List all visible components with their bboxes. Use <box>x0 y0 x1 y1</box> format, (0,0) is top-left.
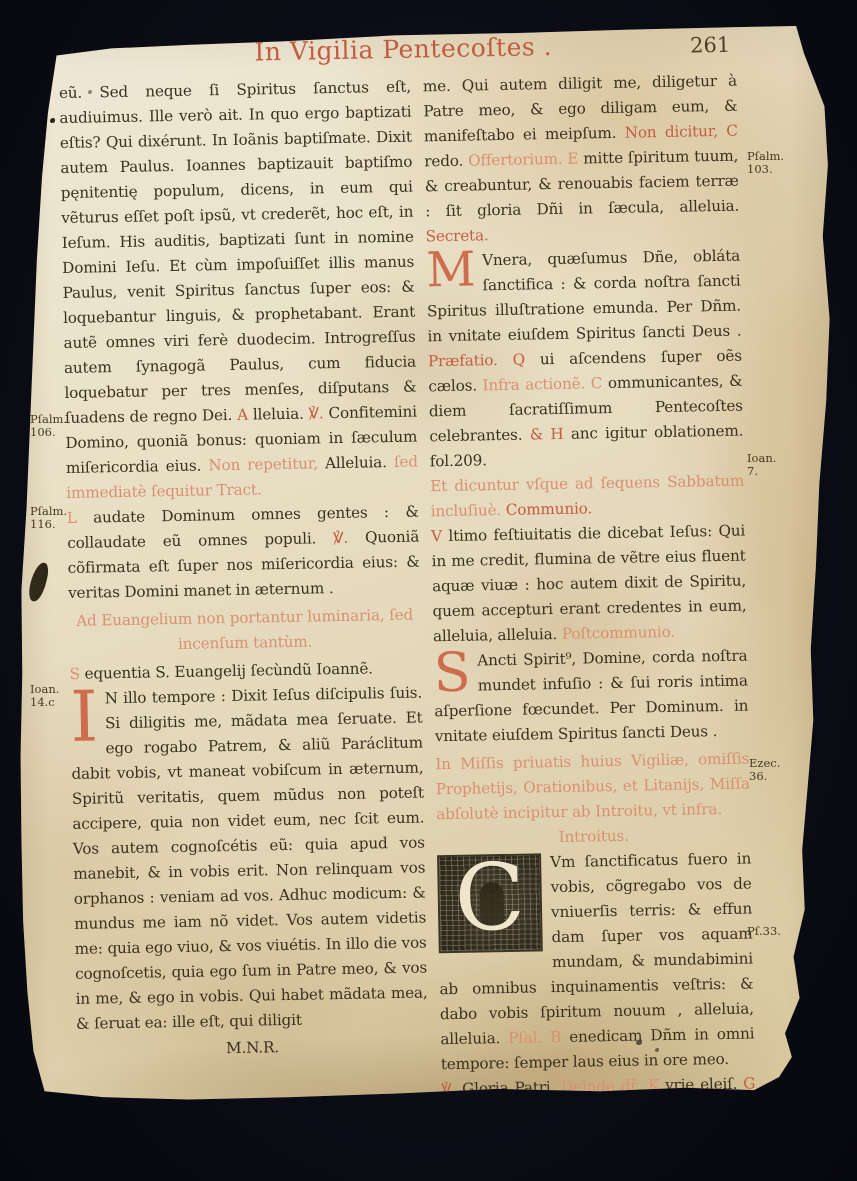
drop-cap: S <box>433 650 471 696</box>
margin-note: Pſalm.103. <box>747 150 784 175</box>
margin-note-line: Ioan. <box>30 683 59 696</box>
text-segment: Ancti Spirit⁹, Domine, corda noſtra mund… <box>434 647 748 746</box>
right-column: me. Qui autem diligit me, diligetur à Pa… <box>423 69 757 1155</box>
margin-note-line: Ezec. <box>749 757 780 770</box>
text-segment: S <box>69 665 80 683</box>
text-segment: ℣. <box>333 529 365 548</box>
ink-speck <box>50 118 55 123</box>
margin-note-line: 116. <box>30 518 67 531</box>
page-content: In Vigilia Pentecoſtes . 261 eũ. Sed neq… <box>58 28 768 1160</box>
text-columns: eũ. Sed neque ſi Spiritus ſanctus eſt, a… <box>59 68 769 1160</box>
ink-speck <box>26 561 50 603</box>
margin-note-line: Pſalm. <box>747 150 784 163</box>
margin-note-line: 36. <box>749 770 780 783</box>
text-segment: Præfatio. Q <box>428 351 525 371</box>
margin-note-line: 7. <box>747 465 776 478</box>
margin-note: Ezec.36. <box>749 757 780 782</box>
text-segment: Alleluia. <box>325 453 394 472</box>
text-segment: Non dicitur, C <box>625 122 738 142</box>
text-segment: yrie eleiſ. <box>659 1075 743 1095</box>
text-segment: Non repetitur, <box>208 454 325 474</box>
text-block: R 3 <box>442 1123 756 1154</box>
text-segment: ℣. <box>309 404 329 422</box>
drop-cap: M <box>426 249 476 290</box>
text-segment: A <box>237 406 248 424</box>
margin-note-line: Ioan. <box>747 452 776 465</box>
book-page: In Vigilia Pentecoſtes . 261 eũ. Sed neq… <box>0 0 857 1181</box>
woodcut-letter: C <box>439 848 541 948</box>
text-segment: & alia, vt ſupra. <box>566 1101 685 1121</box>
margin-note: Ioan.7. <box>747 452 776 477</box>
text-block: V ltimo feſtiuitatis die dicebat Ieſus: … <box>431 519 747 650</box>
margin-note: Pſ.33. <box>747 925 781 938</box>
text-segment: G <box>743 1074 755 1092</box>
text-block: CVm ſanctificatus fuero in vobis, cõgreg… <box>437 846 755 1077</box>
text-segment: loria in excelſis. <box>442 1103 567 1123</box>
text-block: SAncti Spirit⁹, Domine, corda noſtra mun… <box>433 644 749 750</box>
margin-note: Pſalm.116. <box>30 505 67 530</box>
left-column: eũ. Sed neque ſi Spiritus ſanctus eſt, a… <box>59 75 429 1064</box>
text-segment: L <box>67 509 77 527</box>
margin-note: Ioan.14.c <box>30 683 59 708</box>
text-segment: ℣. <box>441 1080 456 1098</box>
text-segment: V <box>431 527 442 545</box>
margin-note-line: Pſ.33. <box>747 925 781 938</box>
text-block: eũ. Sed neque ſi Spiritus ſanctus eſt, a… <box>59 75 419 506</box>
margin-note: Pſalm.106. <box>30 413 67 438</box>
text-segment: Gloria Patri. <box>456 1078 561 1098</box>
text-segment: Communio. <box>506 499 593 519</box>
margin-note-line: Pſalm. <box>30 505 67 518</box>
text-segment: lleluia. <box>248 405 309 424</box>
text-segment: Ad Euangelium non portantur luminaria, ſ… <box>76 606 413 653</box>
text-block: Et dicuntur vſque ad ſequens Sabbatum in… <box>430 469 745 525</box>
photo-background: In Vigilia Pentecoſtes . 261 eũ. Sed neq… <box>0 0 857 1181</box>
text-block: IN illo tempore : Dixit Ieſus diſcipulis… <box>70 680 428 1036</box>
text-segment: In Miſſis priuatis huius Vigiliæ, omiſſi… <box>435 750 750 824</box>
text-segment: R 3 <box>579 1129 619 1148</box>
ink-speck <box>20 330 27 343</box>
text-block: Ad Euangelium non portantur luminaria, ſ… <box>68 603 421 659</box>
text-segment: & H <box>530 425 564 444</box>
text-segment: N illo tempore : Dixit Ieſus diſcipulis … <box>71 683 427 1032</box>
margin-note-line: 103. <box>747 163 784 176</box>
text-block: In Miſſis priuatis huius Vigiliæ, omiſſi… <box>435 747 750 828</box>
drop-cap: I <box>70 687 99 745</box>
text-segment: redo. <box>424 152 468 171</box>
margin-note-line: Pſalm. <box>30 413 67 426</box>
text-block: MVnera, quæſumus Dñe, obláta ſanctifica … <box>426 244 744 475</box>
text-segment: Infra actionẽ. C <box>482 374 602 394</box>
text-segment: M.N.R. <box>226 1038 279 1057</box>
woodcut-initial: C <box>437 853 543 953</box>
text-segment: Secreta. <box>426 226 489 245</box>
page-title: In Vigilia Pentecoſtes . <box>58 28 748 70</box>
text-block: ℣. Gloria Patri. Deinde dr̃, K yrie elei… <box>441 1071 756 1127</box>
text-segment: equentia S. Euangelij ſecùndũ Ioannẽ. <box>80 659 373 682</box>
page-number: 261 <box>690 33 731 58</box>
text-segment: Offertorium. E <box>468 150 579 170</box>
text-segment: Poſtcommunio. <box>562 623 675 643</box>
running-header: In Vigilia Pentecoſtes . 261 <box>58 28 749 75</box>
text-block: L audate Dominum omnes gentes : & collau… <box>67 500 421 606</box>
text-segment: Introitus. <box>558 827 628 846</box>
text-segment: eũ. Sed neque ſi Spiritus ſanctus eſt, a… <box>59 78 417 427</box>
margin-note-line: 14.c <box>30 696 59 709</box>
text-segment: Deinde dr̃, K <box>561 1076 659 1096</box>
text-block: M.N.R. <box>76 1032 428 1063</box>
text-segment: Pſal. B <box>508 1028 561 1047</box>
margin-note-line: 106. <box>30 426 67 439</box>
text-block: me. Qui autem diligit me, diligetur à Pa… <box>423 69 740 250</box>
